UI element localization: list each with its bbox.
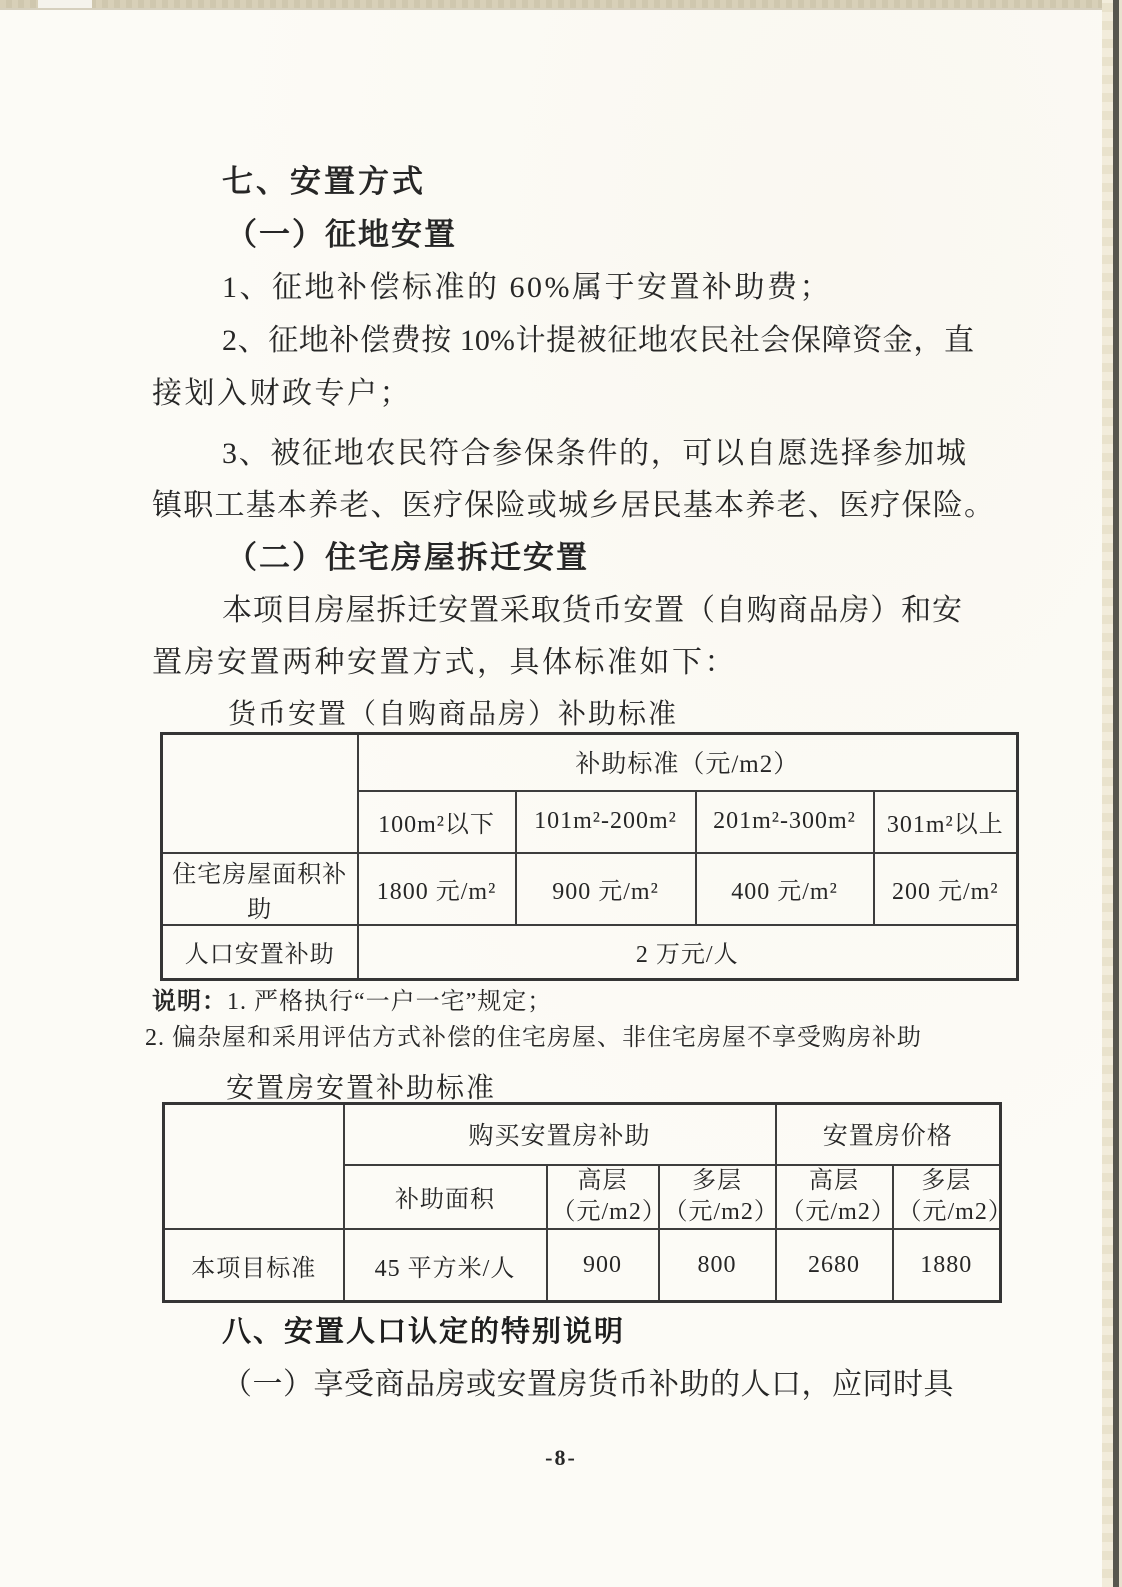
column-header-cell: 100m²以下	[358, 791, 516, 853]
subsection-heading-1: （一）征地安置	[226, 209, 457, 254]
value-cell: 900	[547, 1229, 659, 1302]
table-row: 人口安置补助 2 万元/人	[162, 925, 1018, 980]
table-row: 本项目标准 45 平方米/人 900 800 2680 1880	[164, 1229, 1001, 1302]
row-label-cell: 本项目标准	[164, 1229, 344, 1302]
section-heading-7: 七、安置方式	[222, 156, 426, 201]
value-cell: 1880	[893, 1229, 1001, 1302]
table-row: 住宅房屋面积补助 1800 元/m² 900 元/m² 400 元/m² 200…	[162, 853, 1018, 925]
paragraph-4-line-2: 置房安置两种安置方式，具体标准如下：	[152, 637, 737, 681]
scan-top-edge-notch	[38, 0, 92, 8]
table-1-title: 货币安置（自购商品房）补助标准	[228, 692, 678, 732]
notes-label: 说明：	[152, 989, 227, 1015]
value-cell: 45 平方米/人	[344, 1229, 547, 1302]
column-header-cell: 高层 （元/m2）	[776, 1165, 893, 1229]
document-page: 七、安置方式 （一）征地安置 1、征地补偿标准的 60%属于安置补助费； 2、征…	[0, 0, 1122, 1587]
row-label-cell: 人口安置补助	[162, 925, 358, 980]
group-header-cell: 补助标准（元/m2）	[358, 734, 1018, 791]
paragraph-5-line-1: （一）享受商品房或安置房货币补助的人口，应同时具	[222, 1359, 954, 1403]
table-notes-line-2: 2. 偏杂屋和采用评估方式补偿的住宅房屋、非住宅房屋不享受购房补助	[145, 1017, 922, 1052]
subsection-heading-2: （二）住宅房屋拆迁安置	[226, 532, 589, 577]
table-notes-line-1: 说明：1. 严格执行“一户一宅”规定；	[152, 981, 552, 1016]
group-header-cell: 购买安置房补助	[344, 1104, 776, 1165]
column-header-cell: 多层 （元/m2）	[893, 1165, 1001, 1229]
column-header-cell: 高层 （元/m2）	[547, 1165, 659, 1229]
page-number: -8-	[0, 1445, 1122, 1471]
notes-text: 1. 严格执行“一户一宅”规定；	[227, 989, 552, 1015]
scan-top-edge-band	[0, 0, 1122, 8]
value-cell: 900 元/m²	[516, 853, 696, 925]
section-heading-8: 八、安置人口认定的特别说明	[222, 1309, 625, 1350]
value-cell: 1800 元/m²	[358, 853, 516, 925]
paragraph-2-line-1: 2、征地补偿费按 10%计提被征地农民社会保障资金，直	[222, 315, 974, 359]
row-label-cell: 住宅房屋面积补助	[162, 853, 358, 925]
value-cell: 800	[659, 1229, 776, 1302]
paragraph-3-line-2: 镇职工基本养老、医疗保险或城乡居民基本养老、医疗保险。	[152, 480, 994, 524]
value-cell: 2680	[776, 1229, 893, 1302]
column-header-cell: 301m²以上	[874, 791, 1018, 853]
resettlement-housing-table: 购买安置房补助 安置房价格 补助面积 高层 （元/m2） 多层 （元/m2） 高…	[162, 1102, 1002, 1303]
scan-top-edge-line	[0, 8, 1122, 10]
column-header-cell: 101m²-200m²	[516, 791, 696, 853]
column-header-cell: 201m²-300m²	[696, 791, 874, 853]
paragraph-2-line-2: 接划入财政专户；	[152, 368, 412, 412]
value-cell: 400 元/m²	[696, 853, 874, 925]
paragraph-4-line-1: 本项目房屋拆迁安置采取货币安置（自购商品房）和安	[222, 585, 962, 629]
paragraph-3-line-1: 3、被征地农民符合参保条件的，可以自愿选择参加城	[222, 428, 966, 472]
paragraph-1-line-1: 1、征地补偿标准的 60%属于安置补助费；	[222, 262, 832, 306]
value-cell: 200 元/m²	[874, 853, 1018, 925]
merged-value-cell: 2 万元/人	[358, 925, 1018, 980]
column-header-cell: 多层 （元/m2）	[659, 1165, 776, 1229]
subsidy-standards-table: 补助标准（元/m2） 100m²以下 101m²-200m² 201m²-300…	[160, 732, 1019, 981]
table-2-title: 安置房安置补助标准	[226, 1066, 496, 1106]
column-header-cell: 补助面积	[344, 1165, 547, 1229]
empty-corner-cell	[162, 734, 358, 853]
empty-corner-cell	[164, 1104, 344, 1229]
group-header-cell: 安置房价格	[776, 1104, 1001, 1165]
